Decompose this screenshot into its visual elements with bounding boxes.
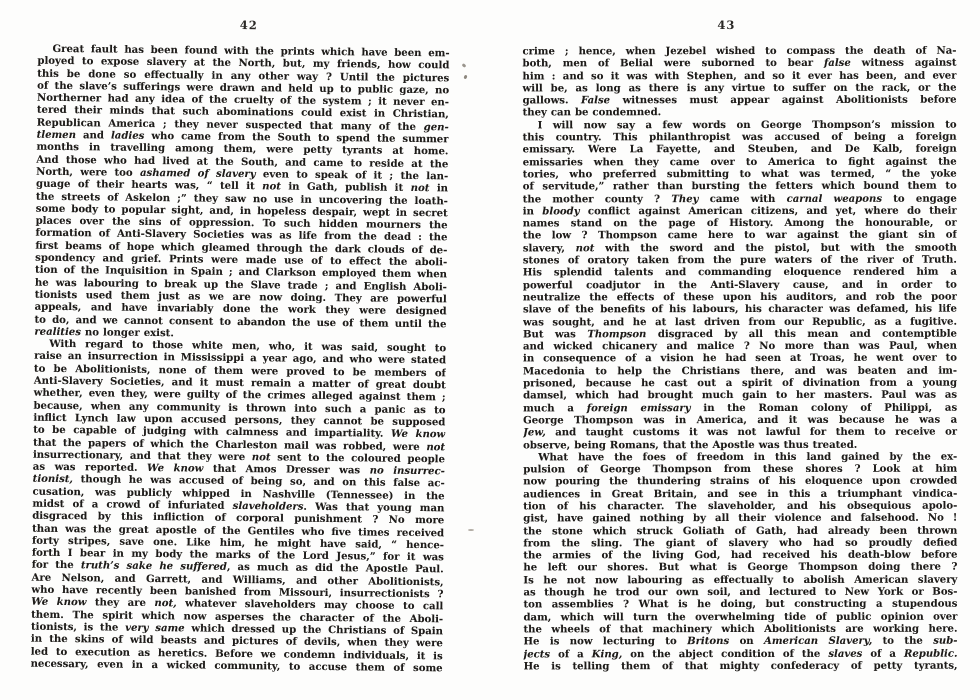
text-line: and wicked chicanery and malice ? No mor… <box>523 341 957 354</box>
text-line: Macedonia to help the Christians there, … <box>523 365 957 378</box>
text-line: the low ? Thompson came here to war agai… <box>523 230 957 243</box>
text-line: jects of a King, on the abject condition… <box>524 648 958 661</box>
text-line: this country. This philanthropist was ac… <box>523 132 957 145</box>
text-line: ton assemblies ? What is he doing, but c… <box>523 599 957 612</box>
scan-speck <box>462 63 467 68</box>
text-line: stones of oratory taken from the pure wa… <box>523 255 957 268</box>
text-line: the wheels of that machinery which Aboli… <box>523 624 957 637</box>
text-line: neutralize the effects of these upon his… <box>523 292 957 305</box>
text-line: He is telling them of that mighty confed… <box>524 660 958 673</box>
text-line: tion of his character. The slaveholder, … <box>523 501 957 514</box>
text-line: pulsion of George Thompson from these sh… <box>523 464 957 477</box>
text-line: him : and so it was with Stephen, and so… <box>523 70 957 83</box>
text-line: they can be condemned. <box>523 107 957 120</box>
text-line: But was Thompson disgraced by all this m… <box>523 328 957 341</box>
text-line: was sought, and he at last driven from o… <box>523 316 957 329</box>
text-line: he left our shores. But what is George T… <box>523 562 957 575</box>
page-42: 42 Great fault has been found with the p… <box>31 12 450 676</box>
text-line: in consequence of a vision he had seen a… <box>523 353 957 366</box>
text-line: slavery, not with the sword and the pist… <box>523 242 957 255</box>
text-line: emissary. Were La Fayette, and Steuben, … <box>523 144 957 157</box>
text-line: gist, have gained nothing by all their v… <box>523 513 957 526</box>
page-42-text: Great fault has been found with the prin… <box>31 44 450 676</box>
text-line: the stone which struck Goliath of Gath, … <box>523 525 957 538</box>
text-line: slave of the benefits of his labours, hi… <box>523 304 957 317</box>
text-line: George Thompson was in America, and it w… <box>523 415 957 428</box>
text-line: What have the foes of freedom in this la… <box>523 451 957 464</box>
text-line: Is he not now labouring as effectually t… <box>523 574 957 587</box>
text-line: powerful coadjutor in the Anti-Slavery c… <box>523 279 957 292</box>
text-line: of servitude,” rather than bursting the … <box>523 181 957 194</box>
text-line: both, men of Belial were suborned to bea… <box>523 58 957 71</box>
scan-speck <box>463 75 467 80</box>
text-line: crime ; hence, when Jezebel wished to co… <box>522 46 956 59</box>
text-line: His splendid talents and commanding eloq… <box>523 267 957 280</box>
text-line: now pouring the thundering strains of hi… <box>523 476 957 489</box>
text-line: Jew, and taught customs it was not lawfu… <box>523 427 957 440</box>
text-line: the mother county ? They came with carna… <box>523 193 957 206</box>
page-number-left: 42 <box>43 17 455 35</box>
scanned-book-spread: 42 Great fault has been found with the p… <box>0 0 980 700</box>
text-line: observe, being Romans, that the Apostle … <box>523 439 957 452</box>
text-line: prisoned, because he cast out a spirit o… <box>523 378 957 391</box>
text-line: audiences in Great Britain, and see in t… <box>523 488 957 501</box>
scan-speck <box>468 529 474 531</box>
text-line: He is now lecturing to Britons on Americ… <box>524 636 958 649</box>
page-43: 43 crime ; hence, when Jezebel wished to… <box>522 14 957 674</box>
text-line: the armies of the living God, had receiv… <box>523 550 957 563</box>
page-43-text: crime ; hence, when Jezebel wished to co… <box>522 46 957 674</box>
text-line: dam, which will turn the overwhelming ti… <box>523 611 957 624</box>
text-line: from the sling. The giant of slavery who… <box>523 537 957 550</box>
text-line: will be, as long as there is any virtue … <box>523 83 957 96</box>
text-line: I will now say a few words on George Tho… <box>523 119 957 132</box>
text-line: in bloody conflict against American citi… <box>523 205 957 218</box>
page-number-right: 43 <box>509 19 943 33</box>
text-line: names stand on the page of History. Amon… <box>523 218 957 231</box>
text-line: gallows. False witnesses must appear aga… <box>523 95 957 108</box>
text-line: tories, who preferred submitting to what… <box>523 169 957 182</box>
text-line: as though he trod our own soil, and lect… <box>523 587 957 600</box>
text-line: much a foreign emissary in the Roman col… <box>523 402 957 415</box>
text-line: emissaries when they came over to Americ… <box>523 156 957 169</box>
text-line: damsel, which had brought much gain to h… <box>523 390 957 403</box>
